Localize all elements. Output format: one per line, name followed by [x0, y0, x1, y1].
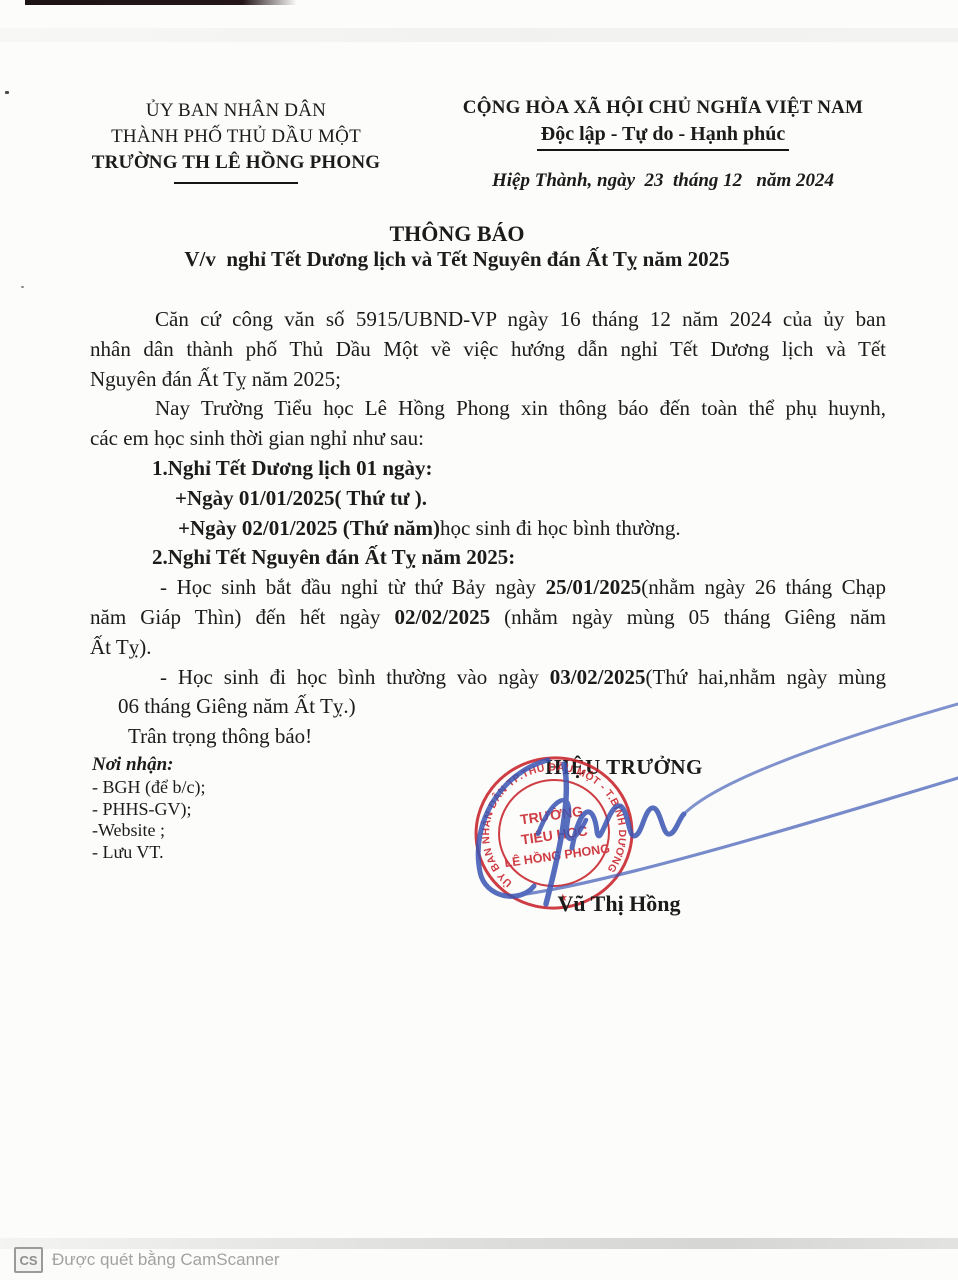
recipient-item: - PHHS-GV);: [92, 799, 352, 821]
issuer-line-1: ỦY BAN NHÂN DÂN: [60, 98, 412, 124]
letterhead-issuer: ỦY BAN NHÂN DÂN THÀNH PHỐ THỦ DẦU MỘT TR…: [60, 98, 412, 184]
national-motto-line-1: CỘNG HÒA XÃ HỘI CHỦ NGHĨA VIỆT NAM: [435, 96, 891, 120]
recipient-item: - Lưu VT.: [92, 842, 352, 864]
letterhead-national: CỘNG HÒA XÃ HỘI CHỦ NGHĨA VIỆT NAM Độc l…: [435, 96, 891, 192]
body-line: - Học sinh bắt đầu nghỉ từ thứ Bảy ngày …: [90, 573, 886, 603]
recipients-block: Nơi nhận: - BGH (để b/c); - PHHS-GV); -W…: [92, 753, 352, 863]
body-line: +Ngày 01/01/2025( Thứ tư ).: [90, 484, 886, 514]
scan-speck: [5, 91, 9, 94]
body-line: Nay Trường Tiểu học Lê Hồng Phong xin th…: [90, 394, 886, 424]
body-line: - Học sinh đi học bình thường vào ngày 0…: [90, 663, 886, 693]
body-line: 2.Nghỉ Tết Nguyên đán Ất Tỵ năm 2025:: [90, 543, 886, 573]
body-line: 1.Nghỉ Tết Dương lịch 01 ngày:: [90, 454, 886, 484]
scan-speck: [21, 286, 24, 288]
recipient-item: -Website ;: [92, 820, 352, 842]
body-line: +Ngày 02/01/2025 (Thứ năm)học sinh đi họ…: [90, 514, 886, 544]
national-motto-line-2: Độc lập - Tự do - Hạnh phúc: [537, 122, 789, 151]
issuer-school-name: TRƯỜNG TH LÊ HỒNG PHONG: [60, 150, 412, 176]
signer-name: Vũ Thị Hồng: [448, 891, 790, 917]
recipient-item: - BGH (để b/c);: [92, 777, 352, 799]
body-line: Nguyên đán Ất Tỵ năm 2025;: [90, 365, 886, 395]
document-subtitle: V/v nghỉ Tết Dương lịch và Tết Nguyên đá…: [0, 247, 914, 272]
body-line: Căn cứ công văn số 5915/UBND-VP ngày 16 …: [90, 305, 886, 335]
scanned-document-page: ỦY BAN NHÂN DÂN THÀNH PHỐ THỦ DẦU MỘT TR…: [0, 0, 958, 1280]
body-line: các em học sinh thời gian nghỉ như sau:: [90, 424, 886, 454]
issuer-line-2: THÀNH PHỐ THỦ DẦU MỘT: [60, 124, 412, 150]
camscanner-label: Được quét bằng CamScanner: [52, 1250, 280, 1270]
camscanner-watermark: CS Được quét bằng CamScanner: [14, 1247, 280, 1273]
scan-artifact-top-bar: [25, 0, 297, 5]
document-title: THÔNG BÁO: [0, 221, 914, 247]
camscanner-logo-icon: CS: [14, 1247, 43, 1273]
issuer-underline: [174, 182, 298, 184]
body-line: Ất Tỵ).: [90, 633, 886, 663]
body-line: nhân dân thành phố Thủ Dầu Một về việc h…: [90, 335, 886, 365]
recipients-label: Nơi nhận:: [92, 753, 352, 777]
document-body: Căn cứ công văn số 5915/UBND-VP ngày 16 …: [90, 305, 886, 752]
scan-noise-top: [0, 28, 958, 42]
body-line: năm Giáp Thìn) đến hết ngày 02/02/2025 (…: [90, 603, 886, 633]
document-dateline: Hiệp Thành, ngày 23 tháng 12 năm 2024: [435, 170, 891, 192]
